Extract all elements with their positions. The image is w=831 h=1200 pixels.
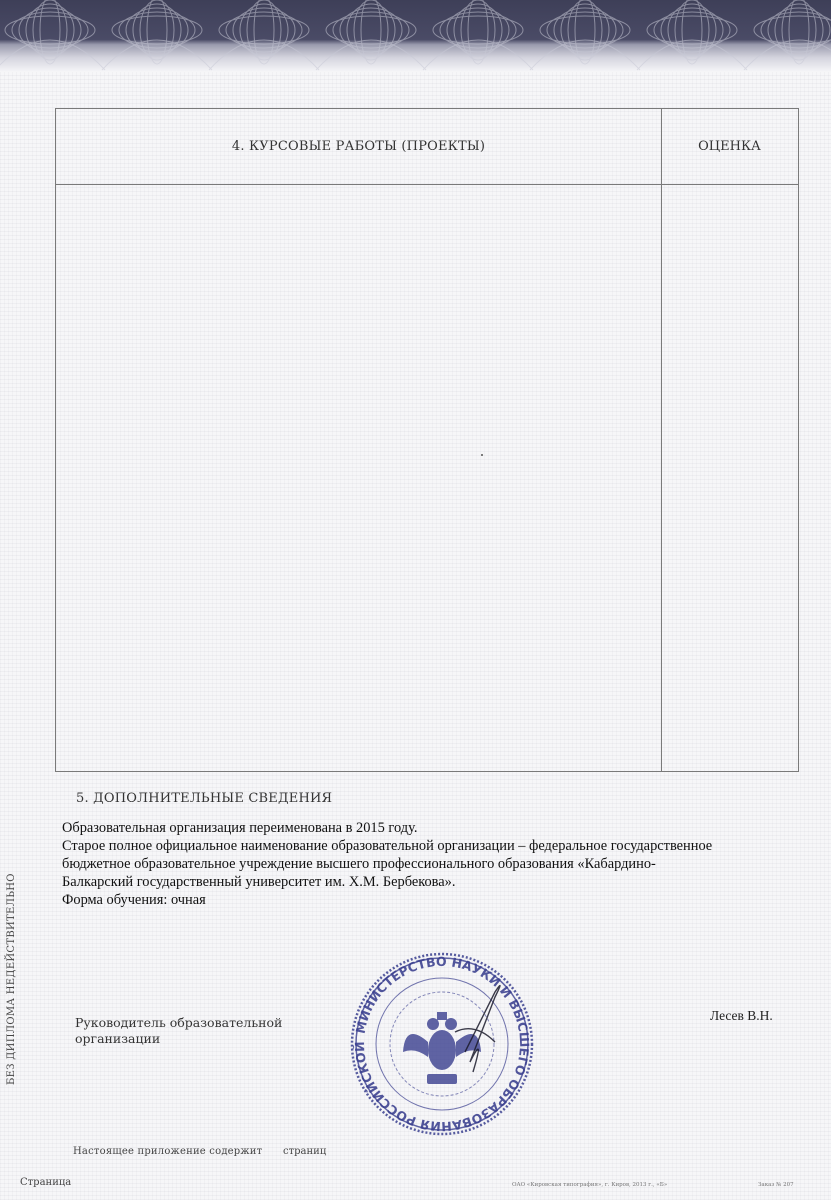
coursework-table: 4. КУРСОВЫЕ РАБОТЫ (ПРОЕКТЫ) ОЦЕНКА <box>55 108 799 772</box>
signer-title-line1: Руководитель образовательной <box>75 1015 282 1031</box>
seal-stamp-icon: МИНИСТЕРСТВО НАУКИ И ВЫСШЕГО ОБРАЗОВАНИЯ… <box>345 952 540 1137</box>
additional-info-line: Образовательная организация переименован… <box>62 819 802 837</box>
signer-name: Лесев В.Н. <box>710 1008 773 1024</box>
signer-title-line2: организации <box>75 1031 282 1047</box>
table-column-divider <box>661 109 662 771</box>
additional-info-title: 5. ДОПОЛНИТЕЛЬНЫЕ СВЕДЕНИЯ <box>76 791 332 806</box>
official-seal: МИНИСТЕРСТВО НАУКИ И ВЫСШЕГО ОБРАЗОВАНИЯ… <box>345 952 540 1141</box>
grade-column-header: ОЦЕНКА <box>661 109 798 184</box>
additional-info-line: Балкарский государственный университет и… <box>62 873 802 891</box>
table-header-divider <box>56 184 798 185</box>
additional-info-body: Образовательная организация переименован… <box>62 819 802 909</box>
additional-info-line: бюджетное образовательное учреждение выс… <box>62 855 802 873</box>
additional-info-line: Старое полное официальное наименование о… <box>62 837 802 855</box>
order-number: Заказ № 207 <box>758 1182 794 1188</box>
printer-imprint: ОАО «Кировская типография», г. Киров, 20… <box>512 1182 667 1188</box>
pages-count-note: Настоящее приложение содержит <box>73 1146 262 1157</box>
additional-info-line: Форма обучения: очная <box>62 891 802 909</box>
stray-mark <box>481 454 483 456</box>
pages-word: страниц <box>283 1146 326 1157</box>
coursework-table-title: 4. КУРСОВЫЕ РАБОТЫ (ПРОЕКТЫ) <box>56 109 661 184</box>
page-label: Страница <box>20 1177 71 1188</box>
validity-side-note: БЕЗ ДИПЛОМА НЕДЕЙСТВИТЕЛЬНО <box>6 873 17 1085</box>
security-guilloche-border <box>0 0 831 72</box>
signer-title: Руководитель образовательной организации <box>75 1015 282 1047</box>
